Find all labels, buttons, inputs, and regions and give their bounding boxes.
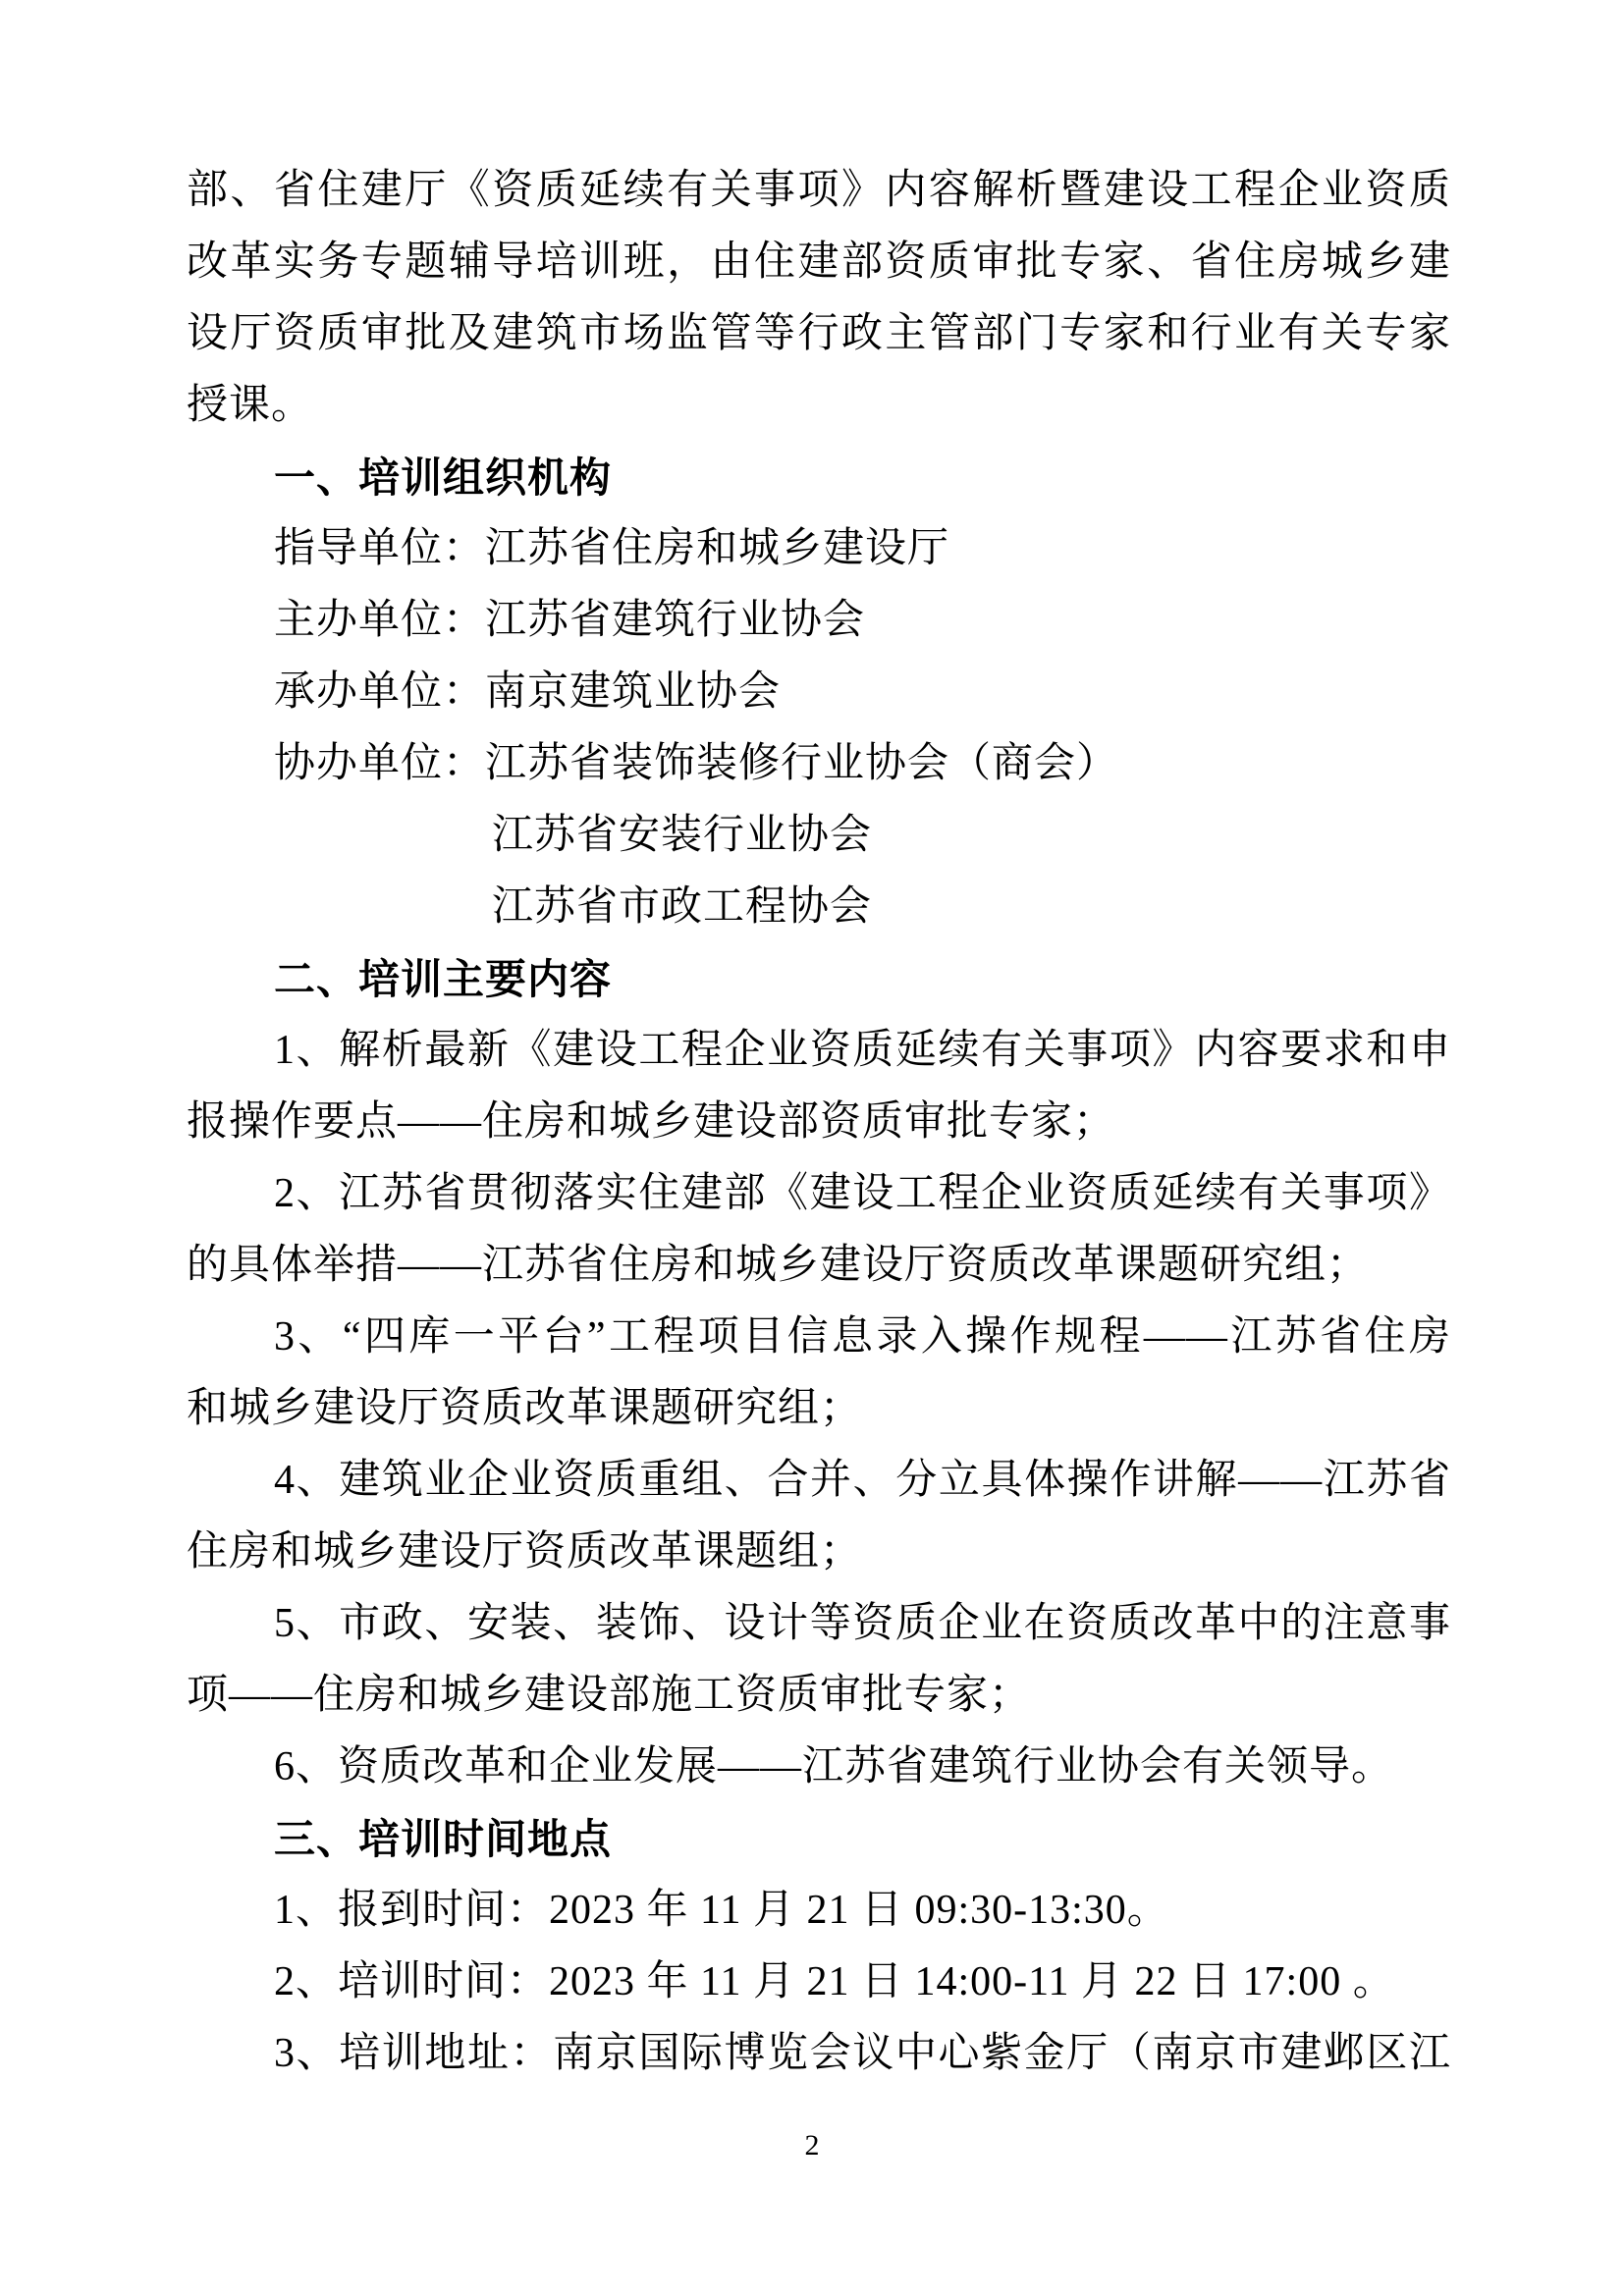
text-line: 报操作要点——住房和城乡建设部资质审批专家；: [187, 1087, 1451, 1158]
text-line: 承办单位：南京建筑业协会: [187, 657, 1451, 728]
section-heading: 一、培训组织机构: [187, 442, 1451, 513]
text-line: 主办单位：江苏省建筑行业协会: [187, 585, 1451, 657]
text-line: 设厅资质审批及建筑市场监管等行政主管部门专家和行业有关专家: [187, 298, 1451, 370]
text-line: 授课。: [187, 370, 1451, 442]
page-number: 2: [0, 2125, 1624, 2166]
text-line: 江苏省市政工程协会: [187, 872, 1451, 943]
text-line: 3、“四库一平台”工程项目信息录入操作规程——江苏省住房: [187, 1302, 1451, 1373]
text-line: 3、培训地址：南京国际博览会议中心紫金厅（南京市建邺区江: [187, 2018, 1451, 2090]
text-line: 指导单位：江苏省住房和城乡建设厅: [187, 513, 1451, 585]
section-heading: 二、培训主要内容: [187, 943, 1451, 1015]
text-line: 项——住房和城乡建设部施工资质审批专家；: [187, 1660, 1451, 1732]
document-content: 部、省住建厅《资质延续有关事项》内容解析暨建设工程企业资质改革实务专题辅导培训班…: [187, 155, 1451, 2090]
text-line: 协办单位：江苏省装饰装修行业协会（商会）: [187, 728, 1451, 800]
text-line: 和城乡建设厅资质改革课题研究组；: [187, 1373, 1451, 1445]
document-page: 部、省住建厅《资质延续有关事项》内容解析暨建设工程企业资质改革实务专题辅导培训班…: [0, 0, 1624, 2296]
text-line: 2、培训时间：2023 年 11 月 21 日 14:00-11 月 22 日 …: [187, 1947, 1451, 2018]
text-line: 改革实务专题辅导培训班，由住建部资质审批专家、省住房城乡建: [187, 227, 1451, 298]
section-heading: 三、培训时间地点: [187, 1803, 1451, 1875]
text-line: 5、市政、安装、装饰、设计等资质企业在资质改革中的注意事: [187, 1588, 1451, 1660]
text-line: 部、省住建厅《资质延续有关事项》内容解析暨建设工程企业资质: [187, 155, 1451, 227]
text-line: 1、报到时间：2023 年 11 月 21 日 09:30-13:30。: [187, 1875, 1451, 1947]
text-line: 4、建筑业企业资质重组、合并、分立具体操作讲解——江苏省: [187, 1445, 1451, 1517]
text-line: 住房和城乡建设厅资质改革课题组；: [187, 1517, 1451, 1588]
text-line: 1、解析最新《建设工程企业资质延续有关事项》内容要求和申: [187, 1015, 1451, 1087]
text-line: 6、资质改革和企业发展——江苏省建筑行业协会有关领导。: [187, 1732, 1451, 1803]
text-line: 江苏省安装行业协会: [187, 800, 1451, 872]
text-line: 2、江苏省贯彻落实住建部《建设工程企业资质延续有关事项》: [187, 1158, 1451, 1230]
text-line: 的具体举措——江苏省住房和城乡建设厅资质改革课题研究组；: [187, 1230, 1451, 1302]
